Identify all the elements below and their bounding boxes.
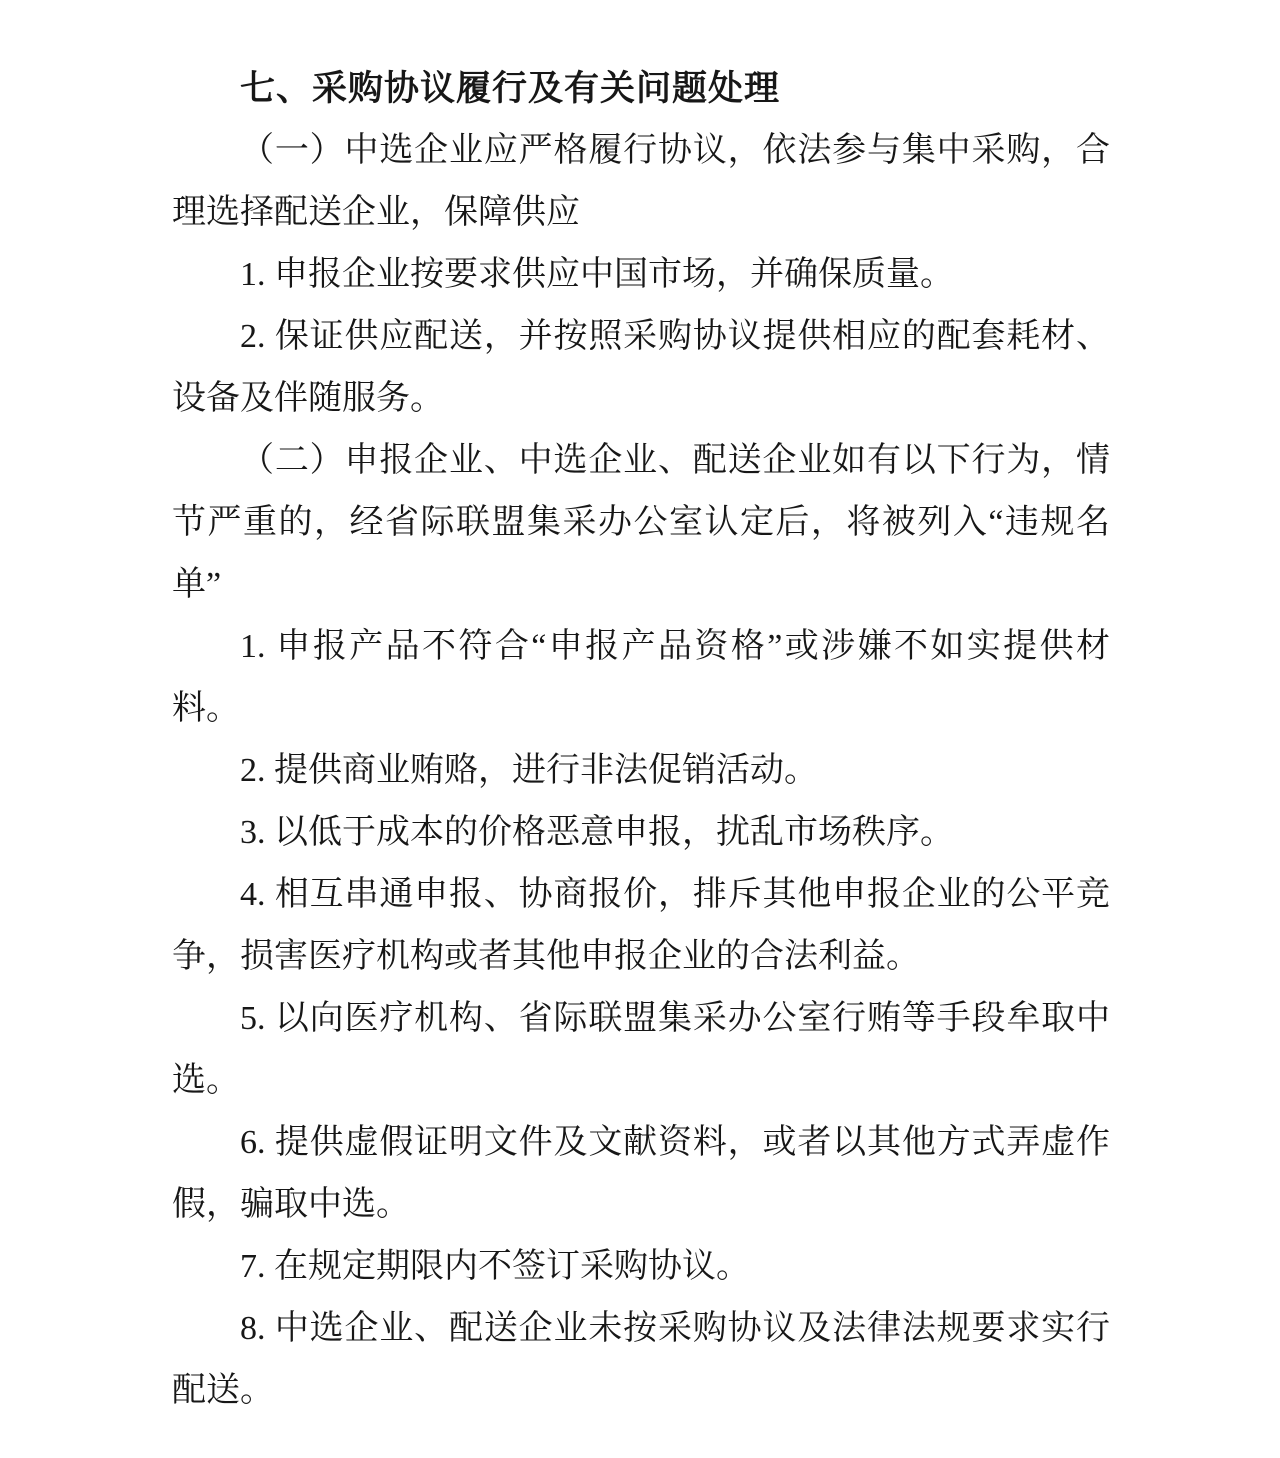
clause-one-item-2: 2. 保证供应配送，并按照采购协议提供相应的配套耗材、设备及伴随服务。 xyxy=(172,306,1110,430)
clause-two-item-4: 4. 相互串通申报、协商报价，排斥其他申报企业的公平竞争，损害医疗机构或者其他申… xyxy=(172,864,1110,988)
clause-one-item-1: 1. 申报企业按要求供应中国市场，并确保质量。 xyxy=(172,244,1110,306)
clause-two-item-5: 5. 以向医疗机构、省际联盟集采办公室行贿等手段牟取中选。 xyxy=(172,988,1110,1112)
document-page: 七、采购协议履行及有关问题处理 （一）中选企业应严格履行协议，依法参与集中采购，… xyxy=(0,0,1280,1458)
section-heading: 七、采购协议履行及有关问题处理 xyxy=(172,58,1110,120)
clause-two-item-1: 1. 申报产品不符合“申报产品资格”或涉嫌不如实提供材料。 xyxy=(172,616,1110,740)
clause-two-item-2: 2. 提供商业贿赂，进行非法促销活动。 xyxy=(172,740,1110,802)
clause-two-item-8: 8. 中选企业、配送企业未按采购协议及法律法规要求实行配送。 xyxy=(172,1298,1110,1422)
clause-two-paragraph: （二）申报企业、中选企业、配送企业如有以下行为，情节严重的，经省际联盟集采办公室… xyxy=(172,430,1110,616)
clause-two-item-7: 7. 在规定期限内不签订采购协议。 xyxy=(172,1236,1110,1298)
clause-one-paragraph: （一）中选企业应严格履行协议，依法参与集中采购，合理选择配送企业，保障供应 xyxy=(172,120,1110,244)
clause-two-item-6: 6. 提供虚假证明文件及文献资料，或者以其他方式弄虚作假，骗取中选。 xyxy=(172,1112,1110,1236)
clause-two-item-3: 3. 以低于成本的价格恶意申报，扰乱市场秩序。 xyxy=(172,802,1110,864)
